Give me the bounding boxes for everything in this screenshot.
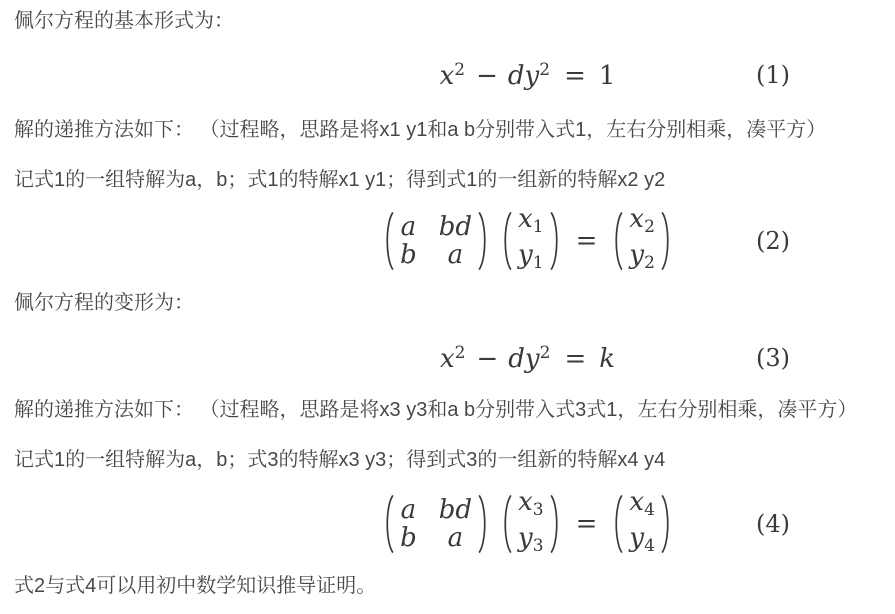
equation-number-4: (4) (756, 510, 790, 538)
equals-sign: = (576, 226, 598, 256)
paragraph-pell-variant-intro: 佩尔方程的变形为： (14, 288, 885, 318)
equation-number-3: (3) (756, 344, 790, 372)
paragraph-pell-basic-intro: 佩尔方程的基本形式为： (14, 6, 885, 36)
equation-number-1: (1) (756, 61, 790, 89)
math-exponent: 2 (540, 343, 551, 363)
equals-sign: = (564, 344, 586, 374)
vector-cell: x2 (629, 206, 655, 240)
math-var-x: x (440, 344, 455, 374)
math-exponent: 2 (539, 60, 550, 80)
right-paren-icon (549, 494, 563, 554)
matrix-cell: a (448, 242, 464, 268)
document-page: 佩尔方程的基本形式为： x2−dy2=1 (1) 解的递推方法如下： （过程略，… (0, 0, 895, 614)
right-paren-icon (660, 211, 674, 271)
math-var-x: x (440, 61, 455, 91)
equation-number-2: (2) (756, 227, 790, 255)
minus-sign: − (476, 61, 498, 91)
left-paren-icon (499, 494, 513, 554)
vector-cell: y1 (518, 242, 544, 276)
output-vector: x4 y4 (610, 489, 674, 559)
math-var-dy: dy (508, 344, 539, 374)
right-paren-icon (477, 494, 491, 554)
equation-3: x2−dy2=k (3) (0, 333, 895, 383)
matrix-cell: a (448, 525, 464, 551)
coefficient-matrix: a bd b a (381, 211, 491, 271)
paragraph-recurrence-method-1: 解的递推方法如下： （过程略，思路是将x1 y1和a b分别带入式1，左右分别相… (14, 115, 885, 145)
paragraph-recurrence-method-2: 解的递推方法如下： （过程略，思路是将x3 y3和a b分别带入式3式1，左右分… (14, 395, 885, 425)
paragraph-conclusion: 式2与式4可以用初中数学知识推导证明。 (14, 571, 885, 601)
output-vector: x2 y2 (610, 206, 674, 276)
matrix-cell: bd (439, 214, 472, 240)
matrix-cell: bd (439, 497, 472, 523)
right-paren-icon (549, 211, 563, 271)
equation-2: a bd b a x1 y1 = x2 y2 (0, 209, 895, 273)
equation-2-formula: a bd b a x1 y1 = x2 y2 (381, 206, 674, 276)
vector-cell: y4 (629, 525, 655, 559)
math-rhs: 1 (599, 61, 616, 91)
math-exponent: 2 (455, 343, 466, 363)
equation-3-formula: x2−dy2=k (440, 343, 615, 374)
math-rhs-k: k (599, 344, 615, 374)
equation-1-formula: x2−dy2=1 (440, 60, 616, 91)
matrix-cell: a (401, 497, 417, 523)
left-paren-icon (381, 211, 395, 271)
equation-4: a bd b a x3 y3 = x4 y4 (0, 492, 895, 556)
vector-cell: x4 (629, 489, 655, 523)
input-vector: x1 y1 (499, 206, 563, 276)
vector-cell: x1 (518, 206, 544, 240)
math-exponent: 2 (454, 60, 465, 80)
matrix-cell: b (400, 525, 417, 551)
minus-sign: − (476, 344, 498, 374)
paragraph-special-solution-1: 记式1的一组特解为a，b；式1的特解x1 y1；得到式1的一组新的特解x2 y2 (14, 165, 885, 195)
left-paren-icon (610, 211, 624, 271)
math-var-dy: dy (508, 61, 539, 91)
equals-sign: = (564, 61, 586, 91)
equation-4-formula: a bd b a x3 y3 = x4 y4 (381, 489, 674, 559)
matrix-cell: a (401, 214, 417, 240)
equals-sign: = (576, 509, 598, 539)
coefficient-matrix: a bd b a (381, 494, 491, 554)
right-paren-icon (660, 494, 674, 554)
left-paren-icon (381, 494, 395, 554)
left-paren-icon (499, 211, 513, 271)
equation-1: x2−dy2=1 (1) (0, 50, 895, 100)
paragraph-special-solution-2: 记式1的一组特解为a，b；式3的特解x3 y3；得到式3的一组新的特解x4 y4 (14, 445, 885, 475)
vector-cell: x3 (518, 489, 544, 523)
right-paren-icon (477, 211, 491, 271)
input-vector: x3 y3 (499, 489, 563, 559)
vector-cell: y3 (518, 525, 544, 559)
vector-cell: y2 (629, 242, 655, 276)
left-paren-icon (610, 494, 624, 554)
matrix-cell: b (400, 242, 417, 268)
